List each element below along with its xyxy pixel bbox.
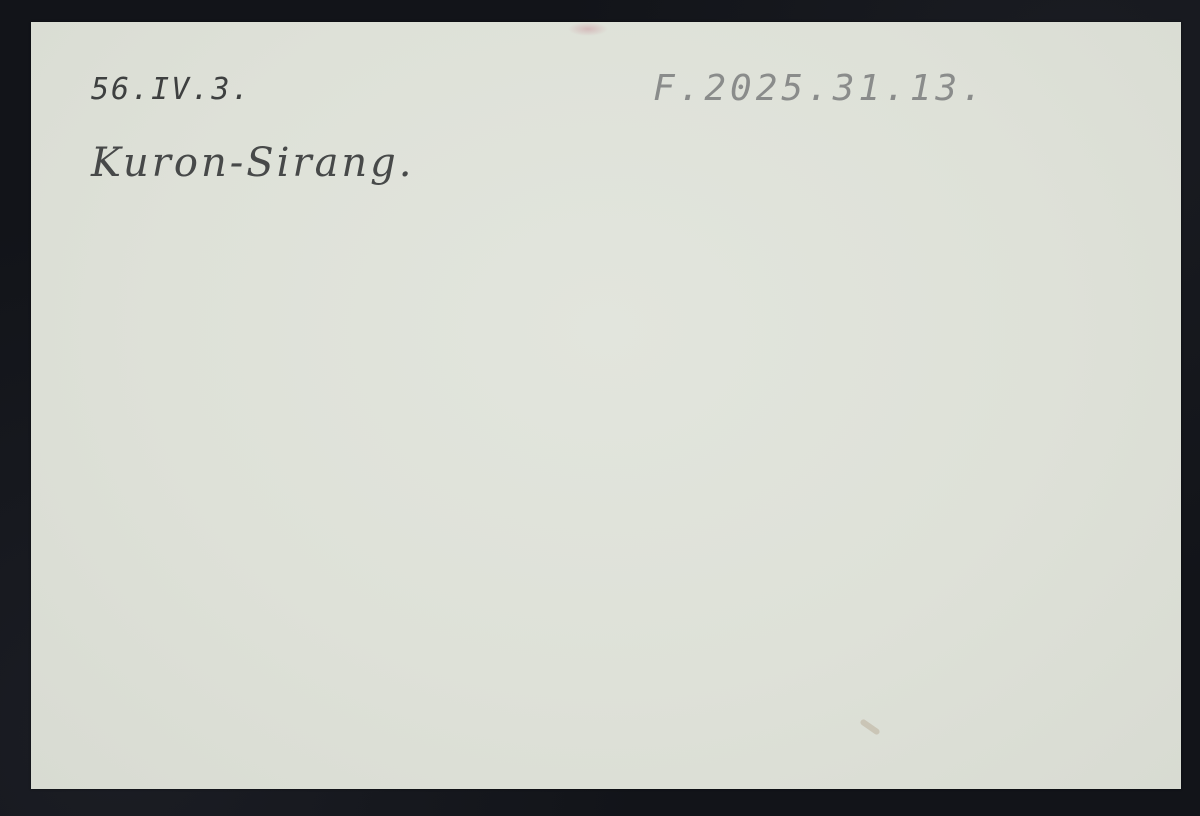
handwritten-place-name: Kuron-Sirang. [91,140,415,186]
pink-stain-mark [568,22,608,36]
handwritten-catalog-date: 56.IV.3. [91,72,252,107]
surface-scratch-mark [859,718,880,736]
photo-card-back: 56.IV.3. Kuron-Sirang. F.2025.31.13. [31,22,1181,789]
handwritten-accession-number: F.2025.31.13. [653,68,987,109]
